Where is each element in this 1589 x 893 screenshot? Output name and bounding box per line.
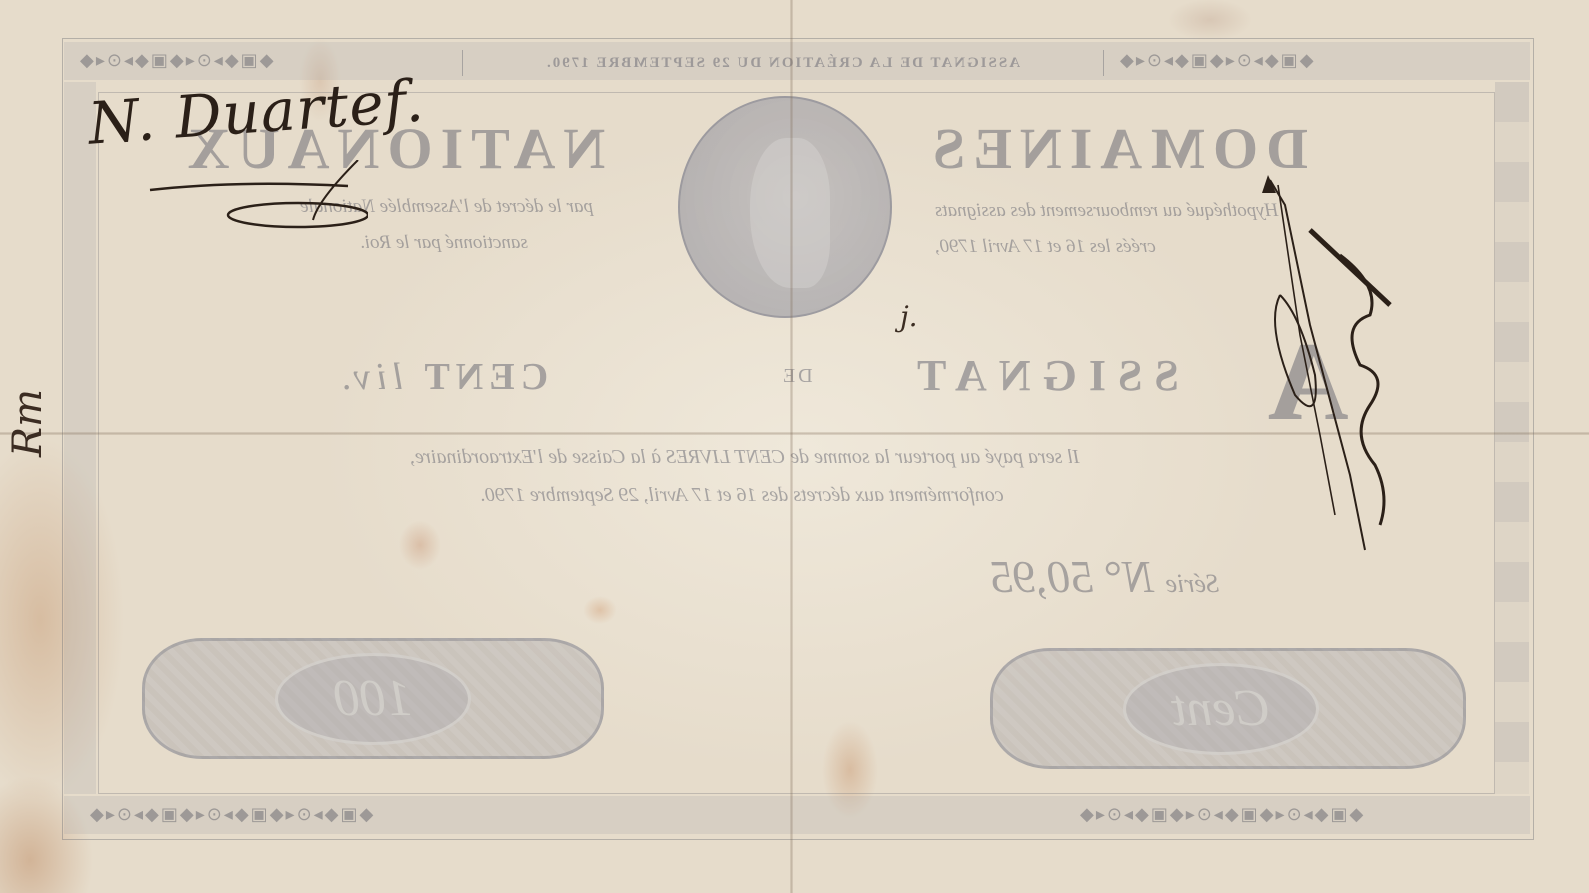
ornament-glyphs: ◆▸⊙◂◆▣◆▸⊙◂◆▣◆▸⊙◂◆▣◆ — [1080, 804, 1365, 825]
margin-initials: Rm — [5, 389, 51, 457]
stray-ink-mark-text: j. — [900, 300, 918, 333]
serial-number: Série N° 50,95 — [990, 550, 1219, 603]
ornament-glyphs: ◆▸⊙◂◆▣◆▸⊙◂◆▣◆ — [1120, 50, 1316, 71]
cent-text: CENT — [419, 356, 548, 398]
top-legend-text: ASSIGNAT DE LA CRÉATION DU 29 SEPTEMBRE … — [545, 50, 1020, 76]
assignat-text: SSIGNAT — [905, 350, 1179, 401]
denomination-de: DE — [780, 365, 813, 388]
body-line2: conformément aux décrets des 16 et 17 Av… — [480, 484, 1004, 507]
number-text: N° 50,95 — [990, 551, 1154, 602]
cartouche-right: Cent — [990, 648, 1466, 769]
cartouche-right-text: Cent — [1172, 666, 1270, 752]
title-domaines: DOMAINES — [925, 115, 1308, 182]
vertical-fold-line — [790, 0, 793, 893]
denomination-word: SSIGNAT — [905, 350, 1179, 401]
stray-ink-mark: j. — [900, 300, 918, 333]
banknote-scan: ◆▸⊙◂◆▣◆▸⊙◂◆▣◆ ◆▸⊙◂◆▣◆▸⊙◂◆▣◆ ◆▸⊙◂◆▣◆▸⊙◂◆▣… — [0, 0, 1589, 893]
signature-flourish-icon — [148, 160, 368, 230]
livres-abbrev: liv. — [335, 356, 404, 398]
header-line2-left: créés les 16 et 17 Avril 1790, — [935, 236, 1156, 258]
ornament-glyphs: ◆▸⊙◂◆▣◆▸⊙◂◆▣◆▸⊙◂◆▣◆ — [90, 804, 375, 825]
bottom-left-ornaments: ◆▸⊙◂◆▣◆▸⊙◂◆▣◆▸⊙◂◆▣◆ — [90, 804, 375, 825]
header-line2-left-text: créés les 16 et 17 Avril 1790, — [935, 236, 1156, 258]
cartouche-left-oval: 100 — [275, 653, 471, 745]
header-line1-left-text: Hypothéqué au remboursement des assignat… — [935, 200, 1278, 222]
top-right-ornaments: ◆▸⊙◂◆▣◆▸⊙◂◆▣◆ — [1120, 50, 1316, 71]
denomination-amount: CENT liv. — [335, 355, 548, 399]
header-line1-left: Hypothéqué au remboursement des assignat… — [935, 200, 1278, 222]
top-left-ornaments: ◆▸⊙◂◆▣◆▸⊙◂◆▣◆ — [80, 50, 276, 71]
ornament-glyphs: ◆▸⊙◂◆▣◆▸⊙◂◆▣◆ — [80, 50, 276, 71]
signature-right-icon — [1240, 175, 1420, 555]
body-line1-text: Il sera payé au porteur la somme de CENT… — [410, 446, 1080, 469]
series-text: Série — [1166, 569, 1219, 598]
signature-duarte-flourish-text: f. — [382, 66, 426, 137]
top-legend: ASSIGNAT DE LA CRÉATION DU 29 SEPTEMBRE … — [462, 50, 1104, 76]
bottom-right-ornaments: ◆▸⊙◂◆▣◆▸⊙◂◆▣◆▸⊙◂◆▣◆ — [1080, 804, 1365, 825]
portrait-medallion — [678, 96, 892, 318]
header-line2-right: sanctionné par le Roi. — [360, 232, 528, 254]
body-line2-text: conformément aux décrets des 16 et 17 Av… — [480, 484, 1004, 507]
cartouche-left-text: 100 — [334, 656, 412, 742]
cartouche-right-oval: Cent — [1123, 663, 1319, 755]
de-text: DE — [780, 365, 813, 388]
margin-initials-text: Rm — [5, 389, 51, 457]
domaines-text: DOMAINES — [925, 115, 1308, 182]
cartouche-left: 100 — [142, 638, 604, 759]
body-line1: Il sera payé au porteur la somme de CENT… — [410, 446, 1080, 469]
header-line2-right-text: sanctionné par le Roi. — [360, 232, 528, 254]
